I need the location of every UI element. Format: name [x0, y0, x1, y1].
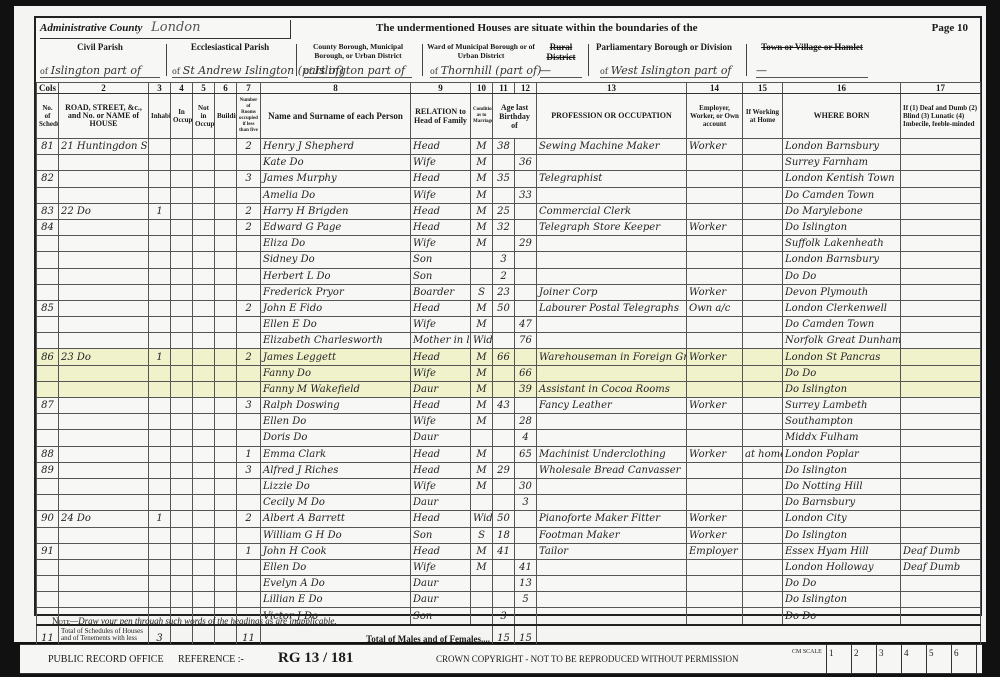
- occupation: [537, 495, 687, 511]
- working-at-home: [743, 543, 783, 559]
- rooms: [237, 381, 261, 397]
- column-headers: No. of Schedule ROAD, STREET, &c., and N…: [37, 94, 981, 139]
- condition: [471, 430, 493, 446]
- condition: [471, 576, 493, 592]
- birthplace: Do Do: [783, 268, 901, 284]
- working-at-home: [743, 608, 783, 625]
- relation: Wife: [411, 187, 471, 203]
- in-occupation: [171, 478, 193, 494]
- birthplace: Do Do: [783, 365, 901, 381]
- infirmity: [901, 268, 981, 284]
- birthplace: Do Marylebone: [783, 203, 901, 219]
- birthplace: Do Islington: [783, 592, 901, 608]
- not-in-occupation: [193, 139, 215, 155]
- table-row: 873Ralph DoswingHeadM43Fancy LeatherWork…: [37, 398, 981, 414]
- person-name: Ralph Doswing: [261, 398, 411, 414]
- civil-parish: Civil Parish ofIslington part of: [36, 40, 164, 80]
- person-name: Amelia Do: [261, 187, 411, 203]
- age-female: 28: [515, 414, 537, 430]
- header-condition: Condition as to Marriage: [471, 94, 493, 139]
- working-at-home: [743, 576, 783, 592]
- infirmity: [901, 317, 981, 333]
- condition: [471, 592, 493, 608]
- not-in-occupation: [193, 155, 215, 171]
- table-row: Ellen DoWifeM41London HollowayDeaf Dumb: [37, 559, 981, 575]
- person-name: William G H Do: [261, 527, 411, 543]
- schedule-number: [37, 155, 59, 171]
- not-in-occupation: [193, 576, 215, 592]
- not-in-occupation: [193, 381, 215, 397]
- birthplace: Essex Hyam Hill: [783, 543, 901, 559]
- infirmity: Deaf Dumb: [901, 559, 981, 575]
- age-female: 29: [515, 236, 537, 252]
- road-address: [59, 398, 149, 414]
- not-in-occupation: [193, 236, 215, 252]
- employer-status: [687, 236, 743, 252]
- working-at-home: [743, 414, 783, 430]
- relation: Boarder: [411, 284, 471, 300]
- infirmity: [901, 333, 981, 349]
- occupation: Footman Maker: [537, 527, 687, 543]
- ecclesiastical-parish: Ecclesiastical Parish ofSt Andrew Isling…: [168, 40, 292, 80]
- header-rooms: Number of Rooms occupied if less than fi…: [237, 94, 261, 139]
- inhabited: [149, 219, 171, 235]
- relation: Son: [411, 252, 471, 268]
- in-occupation: [171, 236, 193, 252]
- not-in-occupation: [193, 462, 215, 478]
- road-address: [59, 284, 149, 300]
- rooms: [237, 592, 261, 608]
- rooms: [237, 576, 261, 592]
- working-at-home: [743, 219, 783, 235]
- infirmity: [901, 462, 981, 478]
- age-female: 5: [515, 592, 537, 608]
- birthplace: London City: [783, 511, 901, 527]
- relation: Wife: [411, 478, 471, 494]
- infirmity: [901, 576, 981, 592]
- occupation: Telegraphist: [537, 171, 687, 187]
- age-male: 43: [493, 398, 515, 414]
- in-occupation: [171, 592, 193, 608]
- age-male: [493, 155, 515, 171]
- reference-label: REFERENCE :-: [178, 654, 244, 665]
- table-row: Frederick PryorBoarderS23Joiner CorpWork…: [37, 284, 981, 300]
- relation: Daur: [411, 592, 471, 608]
- infirmity: [901, 381, 981, 397]
- person-name: Doris Do: [261, 430, 411, 446]
- county-borough: County Borough, Municipal Borough, or Ur…: [300, 40, 416, 80]
- building: [215, 495, 237, 511]
- building: [215, 349, 237, 365]
- not-in-occupation: [193, 349, 215, 365]
- schedule-number: [37, 430, 59, 446]
- birthplace: Do Islington: [783, 381, 901, 397]
- not-in-occupation: [193, 446, 215, 462]
- employer-status: Worker: [687, 349, 743, 365]
- building: [215, 398, 237, 414]
- not-in-occupation: [193, 398, 215, 414]
- person-name: James Murphy: [261, 171, 411, 187]
- person-name: Fanny M Wakefield: [261, 381, 411, 397]
- not-in-occupation: [193, 219, 215, 235]
- condition: M: [471, 219, 493, 235]
- condition: Wid: [471, 511, 493, 527]
- inhabited: [149, 333, 171, 349]
- not-in-occupation: [193, 365, 215, 381]
- occupation: Fancy Leather: [537, 398, 687, 414]
- schedule-number: [37, 478, 59, 494]
- employer-status: Own a/c: [687, 300, 743, 316]
- person-name: Elizabeth Charlesworth: [261, 333, 411, 349]
- schedule-number: 89: [37, 462, 59, 478]
- inhabited: [149, 414, 171, 430]
- header-infirmity: If (1) Deaf and Dumb (2) Blind (3) Lunat…: [901, 94, 981, 139]
- working-at-home: [743, 511, 783, 527]
- in-occupation: [171, 349, 193, 365]
- relation: Head: [411, 398, 471, 414]
- building: [215, 430, 237, 446]
- occupation: [537, 317, 687, 333]
- building: [215, 171, 237, 187]
- occupation: Wholesale Bread Canvasser: [537, 462, 687, 478]
- person-name: Sidney Do: [261, 252, 411, 268]
- age-male: 25: [493, 203, 515, 219]
- building: [215, 462, 237, 478]
- schedule-number: 91: [37, 543, 59, 559]
- condition: M: [471, 414, 493, 430]
- infirmity: [901, 252, 981, 268]
- schedule-number: [37, 236, 59, 252]
- condition: M: [471, 543, 493, 559]
- schedule-number: 85: [37, 300, 59, 316]
- age-male: [493, 414, 515, 430]
- employer-status: Worker: [687, 527, 743, 543]
- inhabited: [149, 139, 171, 155]
- employer-status: Worker: [687, 284, 743, 300]
- working-at-home: [743, 478, 783, 494]
- building: [215, 365, 237, 381]
- working-at-home: at home: [743, 446, 783, 462]
- not-in-occupation: [193, 300, 215, 316]
- table-row: Ellen E DoWifeM47Do Camden Town: [37, 317, 981, 333]
- road-address: [59, 446, 149, 462]
- schedule-number: 81: [37, 139, 59, 155]
- working-at-home: [743, 333, 783, 349]
- inhabited: [149, 543, 171, 559]
- age-female: [515, 171, 537, 187]
- road-address: 24 Do: [59, 511, 149, 527]
- rooms: [237, 495, 261, 511]
- infirmity: [901, 139, 981, 155]
- condition: M: [471, 462, 493, 478]
- inhabited: [149, 187, 171, 203]
- person-name: Kate Do: [261, 155, 411, 171]
- working-at-home: [743, 430, 783, 446]
- rooms: [237, 284, 261, 300]
- working-at-home: [743, 155, 783, 171]
- condition: M: [471, 559, 493, 575]
- relation: Head: [411, 543, 471, 559]
- person-name: Fanny Do: [261, 365, 411, 381]
- in-occupation: [171, 333, 193, 349]
- rooms: 3: [237, 462, 261, 478]
- in-occupation: [171, 398, 193, 414]
- age-female: [515, 219, 537, 235]
- boundaries-caption: The undermentioned Houses are situate wi…: [376, 22, 698, 34]
- schedule-number: 86: [37, 349, 59, 365]
- schedule-number: [37, 268, 59, 284]
- birthplace: Suffolk Lakenheath: [783, 236, 901, 252]
- age-female: [515, 268, 537, 284]
- person-name: Frederick Pryor: [261, 284, 411, 300]
- schedule-number: [37, 495, 59, 511]
- table-row: Lizzie DoWifeM30Do Notting Hill: [37, 478, 981, 494]
- inhabited: 1: [149, 349, 171, 365]
- employer-status: Worker: [687, 219, 743, 235]
- in-occupation: [171, 495, 193, 511]
- rooms: 3: [237, 171, 261, 187]
- column-numbers: Cols 1234567891011121314151617: [37, 83, 981, 94]
- working-at-home: [743, 236, 783, 252]
- condition: S: [471, 527, 493, 543]
- relation: Head: [411, 219, 471, 235]
- occupation: Warehouseman in Foreign Grocers: [537, 349, 687, 365]
- inhabited: [149, 381, 171, 397]
- schedule-number: 87: [37, 398, 59, 414]
- relation: Head: [411, 511, 471, 527]
- employer-status: [687, 495, 743, 511]
- relation: Son: [411, 608, 471, 625]
- working-at-home: [743, 381, 783, 397]
- infirmity: [901, 171, 981, 187]
- road-address: [59, 365, 149, 381]
- employer-status: [687, 381, 743, 397]
- condition: M: [471, 398, 493, 414]
- age-female: [515, 511, 537, 527]
- road-address: [59, 592, 149, 608]
- working-at-home: [743, 527, 783, 543]
- not-in-occupation: [193, 495, 215, 511]
- condition: M: [471, 381, 493, 397]
- rooms: [237, 236, 261, 252]
- infirmity: [901, 365, 981, 381]
- occupation: Tailor: [537, 543, 687, 559]
- relation: Son: [411, 527, 471, 543]
- age-female: 4: [515, 430, 537, 446]
- rooms: [237, 478, 261, 494]
- employer-status: [687, 414, 743, 430]
- header-age: Age last Birthday of: [493, 94, 537, 139]
- person-name: Eliza Do: [261, 236, 411, 252]
- road-address: [59, 559, 149, 575]
- age-female: 36: [515, 155, 537, 171]
- employer-status: Worker: [687, 446, 743, 462]
- rooms: [237, 559, 261, 575]
- infirmity: [901, 511, 981, 527]
- condition: M: [471, 446, 493, 462]
- in-occupation: [171, 527, 193, 543]
- relation: Daur: [411, 430, 471, 446]
- person-name: Emma Clark: [261, 446, 411, 462]
- in-occupation: [171, 300, 193, 316]
- age-male: [493, 446, 515, 462]
- infirmity: [901, 300, 981, 316]
- person-name: Evelyn A Do: [261, 576, 411, 592]
- relation: Wife: [411, 559, 471, 575]
- in-occupation: [171, 381, 193, 397]
- relation: Wife: [411, 236, 471, 252]
- inhabited: [149, 592, 171, 608]
- reference-number: RG 13 / 181: [278, 650, 353, 667]
- in-occupation: [171, 543, 193, 559]
- not-in-occupation: [193, 268, 215, 284]
- infirmity: [901, 495, 981, 511]
- relation: Wife: [411, 365, 471, 381]
- building: [215, 381, 237, 397]
- age-male: [493, 559, 515, 575]
- birthplace: Do Barnsbury: [783, 495, 901, 511]
- not-in-occupation: [193, 592, 215, 608]
- infirmity: [901, 478, 981, 494]
- form-note: Note—Draw your pen through such words of…: [52, 616, 337, 626]
- not-in-occupation: [193, 252, 215, 268]
- working-at-home: [743, 268, 783, 284]
- rooms: [237, 155, 261, 171]
- working-at-home: [743, 139, 783, 155]
- building: [215, 155, 237, 171]
- building: [215, 511, 237, 527]
- building: [215, 592, 237, 608]
- table-row: Amelia DoWifeM33Do Camden Town: [37, 187, 981, 203]
- census-form: Administrative County London The underme…: [34, 16, 982, 616]
- building: [215, 559, 237, 575]
- building: [215, 478, 237, 494]
- in-occupation: [171, 559, 193, 575]
- road-address: [59, 268, 149, 284]
- rooms: [237, 252, 261, 268]
- not-in-occupation: [193, 187, 215, 203]
- table-row: Cecily M DoDaur3Do Barnsbury: [37, 495, 981, 511]
- town-village-hamlet: Town or Village or Hamlet —: [752, 40, 872, 80]
- condition: M: [471, 139, 493, 155]
- age-female: [515, 203, 537, 219]
- condition: [471, 495, 493, 511]
- person-name: Harry H Brigden: [261, 203, 411, 219]
- employer-status: [687, 430, 743, 446]
- table-row: Sidney DoSon3London Barnsbury: [37, 252, 981, 268]
- age-female: [515, 284, 537, 300]
- occupation: Machinist Underclothing: [537, 446, 687, 462]
- occupation: [537, 155, 687, 171]
- parliamentary-division: Parliamentary Borough or Division ofWest…: [596, 40, 732, 80]
- occupation: [537, 608, 687, 625]
- condition: [471, 268, 493, 284]
- record-office: PUBLIC RECORD OFFICE: [48, 654, 164, 665]
- building: [215, 527, 237, 543]
- infirmity: [901, 236, 981, 252]
- relation: Son: [411, 268, 471, 284]
- in-occupation: [171, 155, 193, 171]
- working-at-home: [743, 252, 783, 268]
- table-row: 893Alfred J RichesHeadM29Wholesale Bread…: [37, 462, 981, 478]
- age-female: 39: [515, 381, 537, 397]
- in-occupation: [171, 576, 193, 592]
- age-male: 41: [493, 543, 515, 559]
- condition: [471, 252, 493, 268]
- rooms: 1: [237, 446, 261, 462]
- employer-status: Worker: [687, 398, 743, 414]
- road-address: [59, 219, 149, 235]
- table-row: Evelyn A DoDaur13Do Do: [37, 576, 981, 592]
- person-name: Ellen Do: [261, 559, 411, 575]
- birthplace: London Barnsbury: [783, 252, 901, 268]
- schedule-number: [37, 527, 59, 543]
- not-in-occupation: [193, 333, 215, 349]
- rooms: 3: [237, 398, 261, 414]
- person-name: Henry J Shepherd: [261, 139, 411, 155]
- header-building: Building: [215, 94, 237, 139]
- infirmity: [901, 398, 981, 414]
- inhabited: [149, 171, 171, 187]
- age-female: [515, 300, 537, 316]
- employer-status: [687, 268, 743, 284]
- road-address: [59, 495, 149, 511]
- rooms: [237, 333, 261, 349]
- working-at-home: [743, 398, 783, 414]
- age-female: [515, 252, 537, 268]
- header-relation: RELATION to Head of Family: [411, 94, 471, 139]
- table-row: 842Edward G PageHeadM32Telegraph Store K…: [37, 219, 981, 235]
- birthplace: Surrey Farnham: [783, 155, 901, 171]
- in-occupation: [171, 365, 193, 381]
- working-at-home: [743, 495, 783, 511]
- age-male: [493, 430, 515, 446]
- table-row: Fanny DoWifeM66Do Do: [37, 365, 981, 381]
- in-occupation: [171, 414, 193, 430]
- age-female: 30: [515, 478, 537, 494]
- schedule-number: [37, 284, 59, 300]
- road-address: [59, 236, 149, 252]
- working-at-home: [743, 300, 783, 316]
- administrative-county: Administrative County London: [40, 20, 291, 39]
- occupation: Labourer Postal Telegraphs: [537, 300, 687, 316]
- birthplace: Surrey Lambeth: [783, 398, 901, 414]
- building: [215, 446, 237, 462]
- age-female: [515, 349, 537, 365]
- employer-status: Employer: [687, 543, 743, 559]
- occupation: [537, 333, 687, 349]
- table-row: William G H DoSonS18Footman MakerWorkerD…: [37, 527, 981, 543]
- age-male: 3: [493, 252, 515, 268]
- table-row: 881Emma ClarkHeadM65Machinist Undercloth…: [37, 446, 981, 462]
- person-name: James Leggett: [261, 349, 411, 365]
- age-male: [493, 317, 515, 333]
- cm-scale: CM SCALE 123456: [790, 645, 1000, 673]
- road-address: [59, 155, 149, 171]
- road-address: [59, 381, 149, 397]
- building: [215, 414, 237, 430]
- table-row: Fanny M WakefieldDaurM39Assistant in Coc…: [37, 381, 981, 397]
- inhabited: [149, 527, 171, 543]
- occupation: [537, 268, 687, 284]
- age-male: 38: [493, 139, 515, 155]
- not-in-occupation: [193, 478, 215, 494]
- infirmity: Deaf Dumb: [901, 543, 981, 559]
- not-in-occupation: [193, 430, 215, 446]
- rooms: 1: [237, 543, 261, 559]
- age-male: [493, 576, 515, 592]
- table-row: Eliza DoWifeM29Suffolk Lakenheath: [37, 236, 981, 252]
